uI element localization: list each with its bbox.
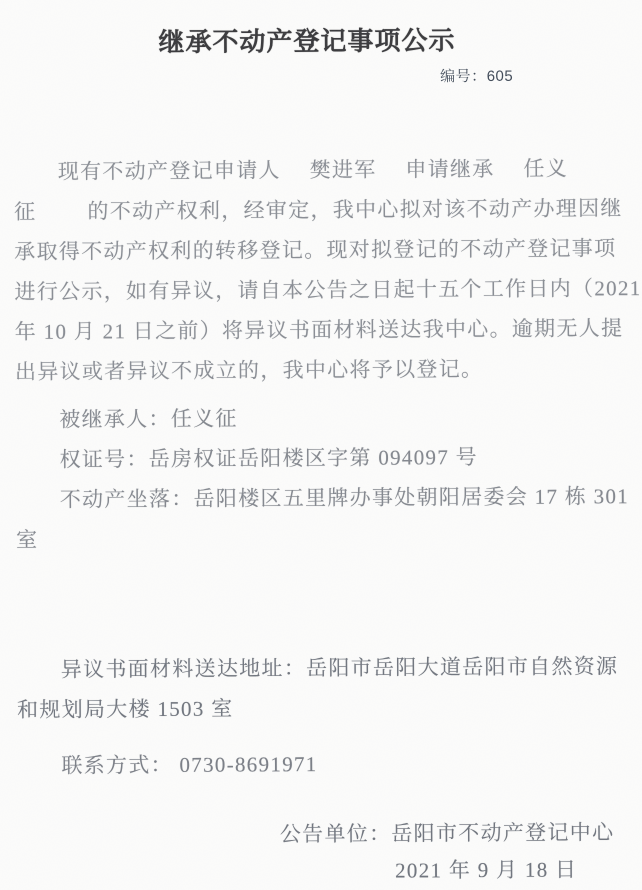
document-content: 继承不动产登记事项公示 编号：605 现有不动产登记申请人 樊进军 申请继承 任…: [0, 24, 642, 890]
detail-line-property-location: 不动产坐落：岳阳楼区五里牌办事处朝阳居委会 17 栋 301: [16, 476, 628, 520]
issue-date-line: 2021 年 9 月 18 日: [18, 852, 630, 890]
notice-title: 继承不动产登记事项公示: [0, 24, 628, 60]
contact-phone-line: 联系方式： 0730-8691971: [17, 742, 629, 786]
detail-line-decedent: 被继承人：任义征: [15, 396, 627, 440]
document-number: 编号：605: [0, 66, 640, 90]
notice-body: 现有不动产登记申请人 樊进军 申请继承 任义 征 的不动产权利，经审定，我中心拟…: [0, 148, 642, 890]
scanned-notice-page: 继承不动产登记事项公示 编号：605 现有不动产登记申请人 樊进军 申请继承 任…: [0, 0, 642, 890]
body-line-deadline: 年 10 月 21 日之前）将异议书面材料送达我中心。逾期无人提: [15, 308, 627, 352]
objection-address-line-cont: 和规划局大楼 1503 室: [17, 686, 629, 730]
body-line: 承取得不动产权利的转移登记。现对拟登记的不动产登记事项: [14, 228, 626, 272]
detail-line-certificate-number: 权证号：岳房权证岳阳楼区字第 094097 号: [15, 436, 627, 480]
document-number-label: 编号：: [440, 68, 487, 85]
issuing-authority-line: 公告单位：岳阳市不动产登记中心: [18, 812, 630, 856]
objection-address-line: 异议书面材料送达地址：岳阳市岳阳大道岳阳市自然资源: [17, 646, 629, 690]
blank-space: [16, 556, 629, 650]
blank-space: [18, 782, 630, 816]
body-line: 出异议或者异议不成立的，我中心将予以登记。: [15, 348, 627, 392]
document-number-value: 605: [487, 68, 514, 85]
body-line-applicant: 现有不动产登记申请人 樊进军 申请继承 任义: [14, 148, 626, 192]
body-line: 征 的不动产权利，经审定，我中心拟对该不动产办理因继: [14, 188, 626, 232]
detail-line-property-location-cont: 室: [16, 516, 628, 560]
body-line: 进行公示，如有异议，请自本公告之日起十五个工作日内（2021: [14, 268, 626, 312]
